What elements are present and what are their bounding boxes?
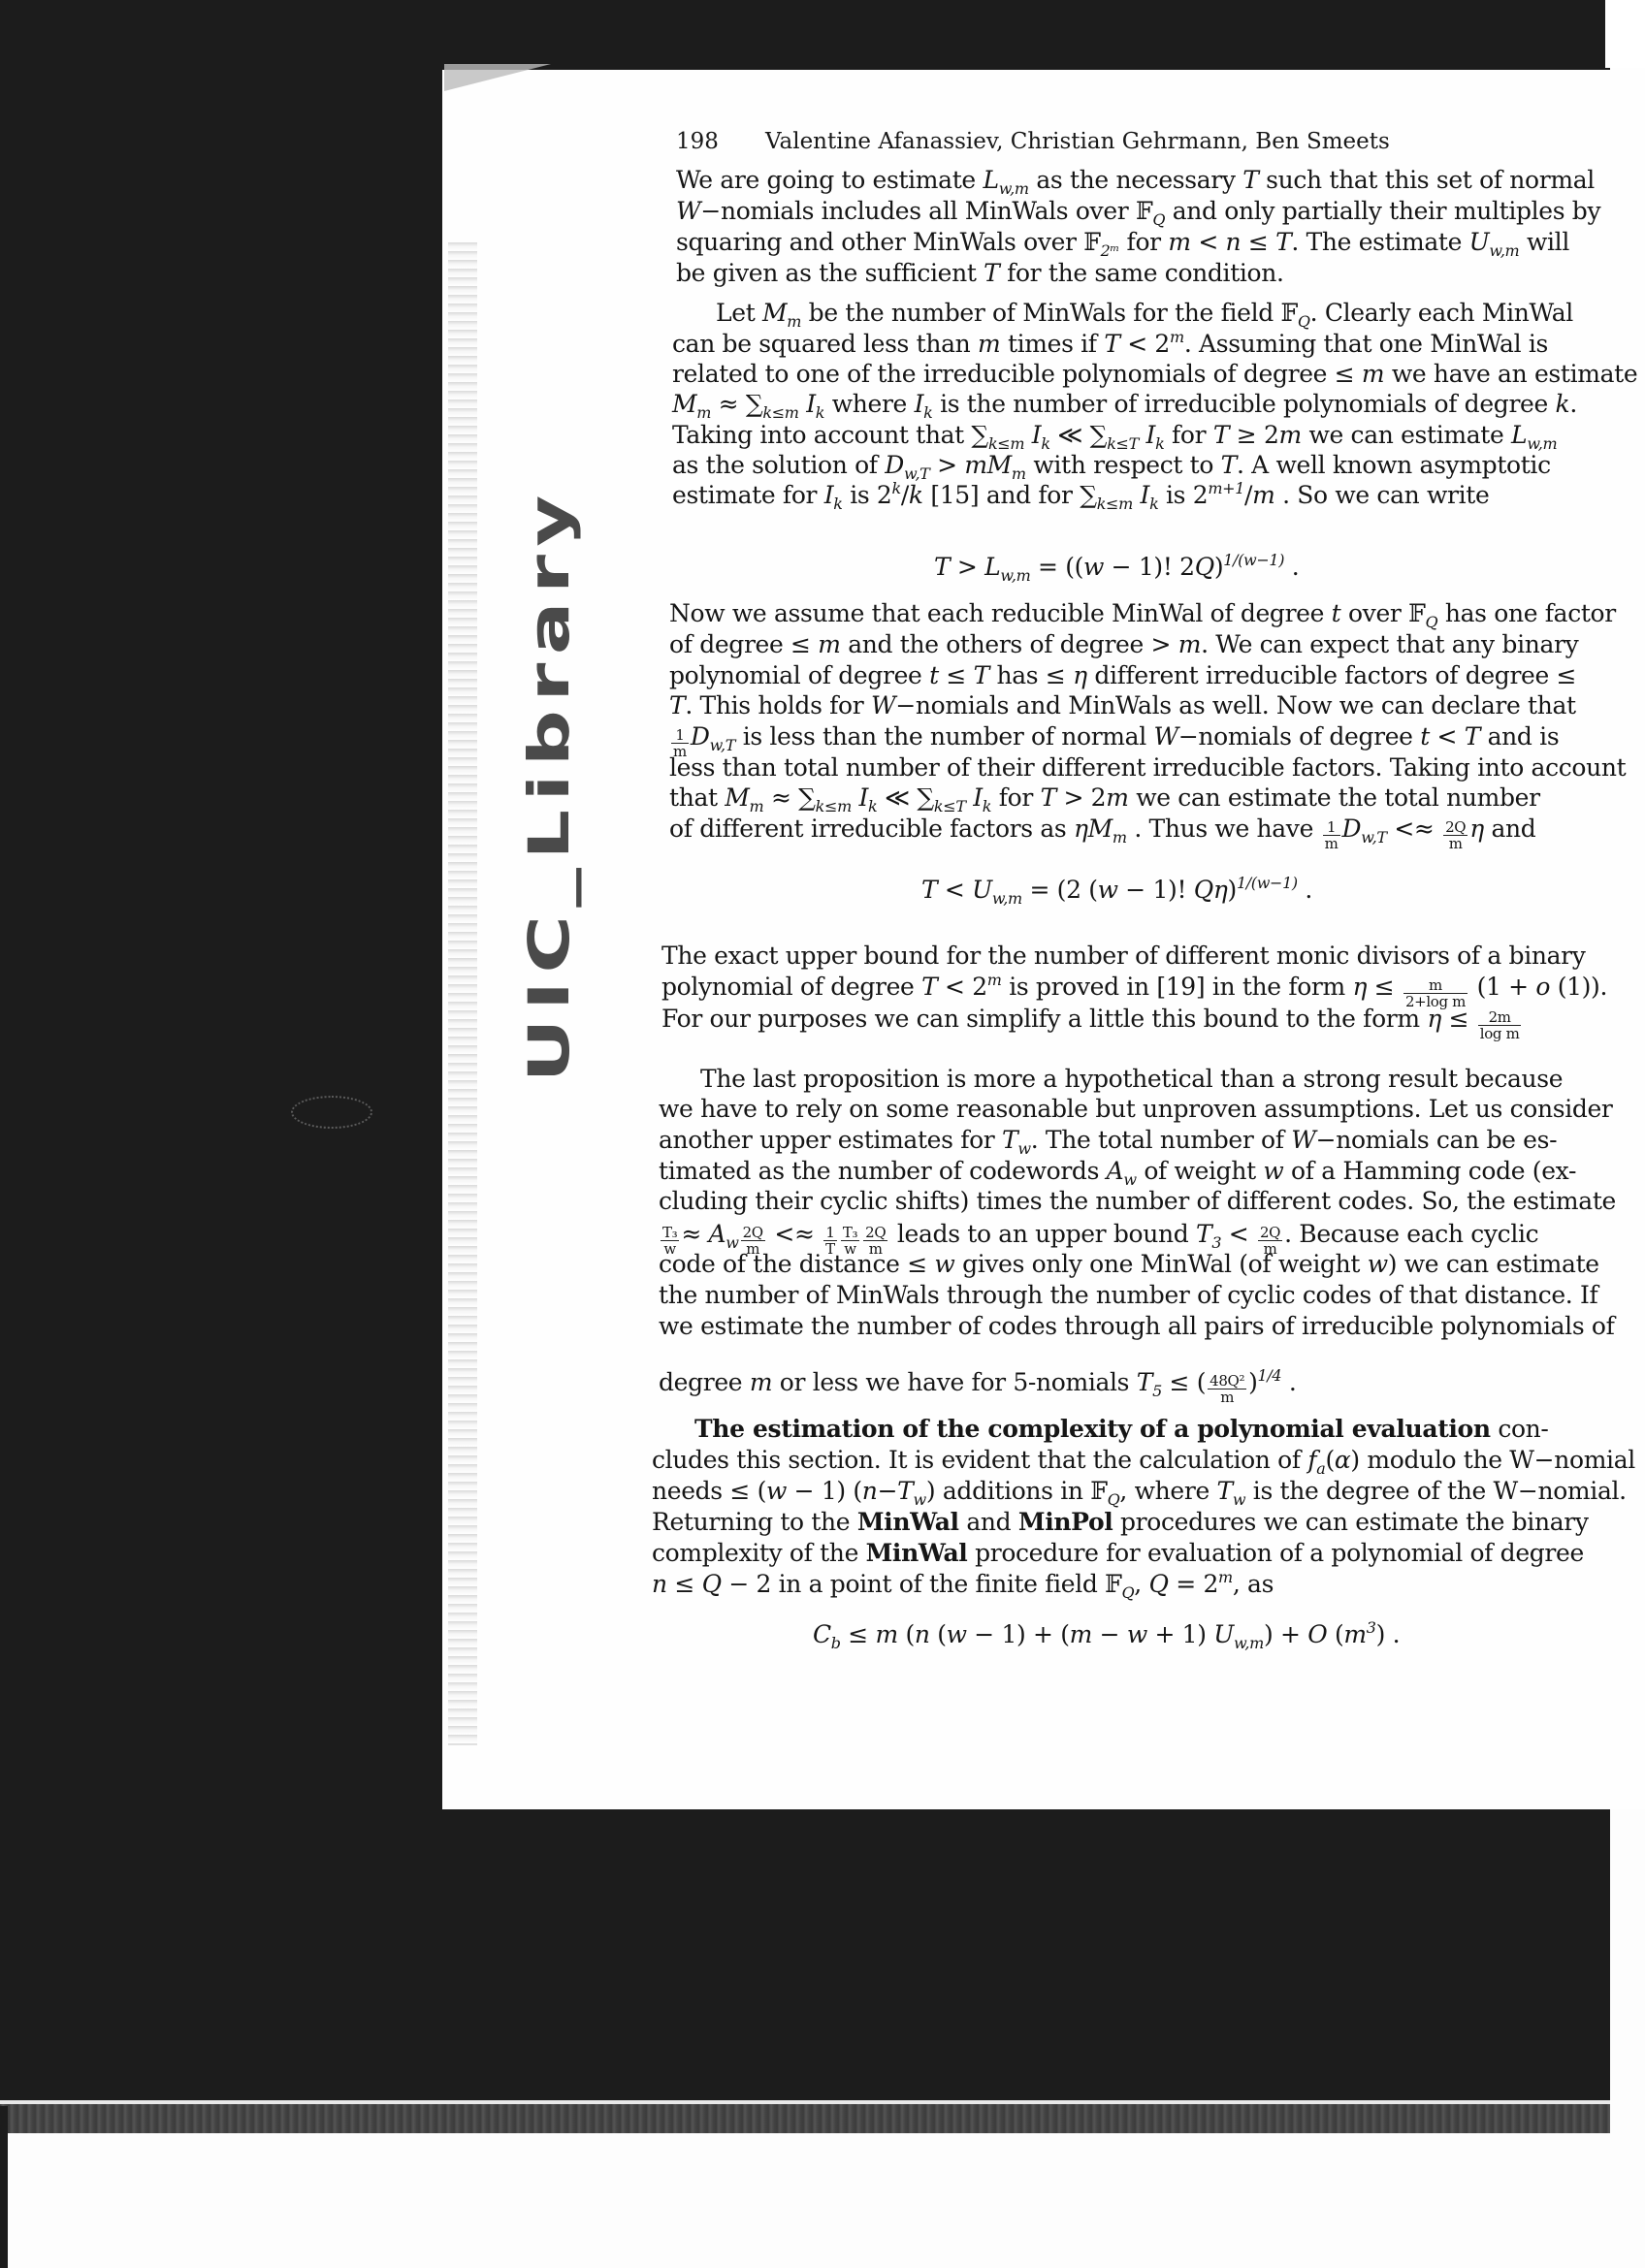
library-stamp: UIC_Library [514, 572, 582, 979]
library-stamp-text: UIC_Library [516, 487, 582, 1082]
text-line: code of the distance ≤ w gives only one … [659, 1250, 1599, 1279]
text-line: that Mm ≈ ∑k≤m Ik ≪ ∑k≤T Ik for T > 2m w… [669, 783, 1540, 813]
text-line: W−nomials includes all MinWals over 𝔽Q a… [676, 197, 1600, 226]
text-line: the number of MinWals through the number… [659, 1281, 1597, 1310]
text-line: Let Mm be the number of MinWals for the … [716, 299, 1573, 328]
text-line: timated as the number of codewords Aw of… [659, 1157, 1576, 1186]
page-corner-fold [444, 64, 551, 91]
text-line: The exact upper bound for the number of … [661, 942, 1586, 971]
text-line: n ≤ Q − 2 in a point of the finite field… [652, 1570, 1274, 1599]
text-line: another upper estimates for Tw. The tota… [659, 1126, 1557, 1155]
text-line: T. This holds for W−nomials and MinWals … [669, 691, 1576, 720]
scanner-border-left [0, 0, 442, 2106]
text-line: cludes this section. It is evident that … [652, 1446, 1635, 1475]
text-line: Returning to the MinWal and MinPol proce… [652, 1508, 1589, 1537]
text-line: less than total number of their differen… [669, 753, 1626, 783]
binding-shadow [448, 242, 477, 1745]
scan-gray-band [0, 2104, 1610, 2133]
scanner-gap-top-right [1605, 0, 1645, 68]
text-line: cluding their cyclic shifts) times the n… [659, 1187, 1616, 1216]
dust-smudge [291, 1096, 372, 1129]
text-line: degree m or less we have for 5-nomials T… [659, 1368, 1296, 1405]
text-line: estimate for Ik is 2k/k [15] and for ∑k≤… [672, 481, 1489, 510]
scanner-edge-strip [0, 2106, 8, 2268]
text-line: We are going to estimate Lw,m as the nec… [676, 166, 1595, 195]
text-line: can be squared less than m times if T < … [672, 330, 1548, 359]
running-header: Valentine Afanassiev, Christian Gehrmann… [765, 129, 1390, 154]
text-line: be given as the sufficient T for the sam… [676, 259, 1284, 288]
text-line: The estimation of the complexity of a po… [694, 1415, 1549, 1444]
text-line: of different irreducible factors as ηMm … [669, 815, 1535, 851]
text-line: we estimate the number of codes through … [659, 1312, 1615, 1341]
text-line: For our purposes we can simplify a littl… [661, 1005, 1523, 1041]
text-line: needs ≤ (w − 1) (n−Tw) additions in 𝔽Q, … [652, 1477, 1627, 1506]
text-line: polynomial of degree t ≤ T has ≤ η diffe… [669, 661, 1576, 690]
text-line: T < Uw,m = (2 (w − 1)! Qη)1/(w−1) . [921, 876, 1312, 905]
text-line: complexity of the MinWal procedure for e… [652, 1539, 1584, 1568]
scanner-border-bottom [0, 1809, 1610, 2106]
page-number: 198 [676, 129, 719, 154]
text-line: The last proposition is more a hypotheti… [700, 1065, 1563, 1094]
text-line: we have to rely on some reasonable but u… [659, 1095, 1613, 1124]
text-line: Mm ≈ ∑k≤m Ik where Ik is the number of i… [672, 390, 1577, 419]
text-line: Taking into account that ∑k≤m Ik ≪ ∑k≤T … [672, 421, 1557, 450]
text-line: related to one of the irreducible polyno… [672, 360, 1637, 389]
text-line: of degree ≤ m and the others of degree >… [669, 630, 1578, 659]
text-line: as the solution of Dw,T > mMm with respe… [672, 451, 1551, 480]
text-line: T > Lw,m = ((w − 1)! 2Q)1/(w−1) . [934, 553, 1299, 582]
text-line: Cb ≤ m (n (w − 1) + (m − w + 1) Uw,m) + … [813, 1620, 1400, 1649]
text-line: Now we assume that each reducible MinWal… [669, 599, 1616, 628]
text-line: squaring and other MinWals over 𝔽2ᵐ for … [676, 228, 1569, 257]
